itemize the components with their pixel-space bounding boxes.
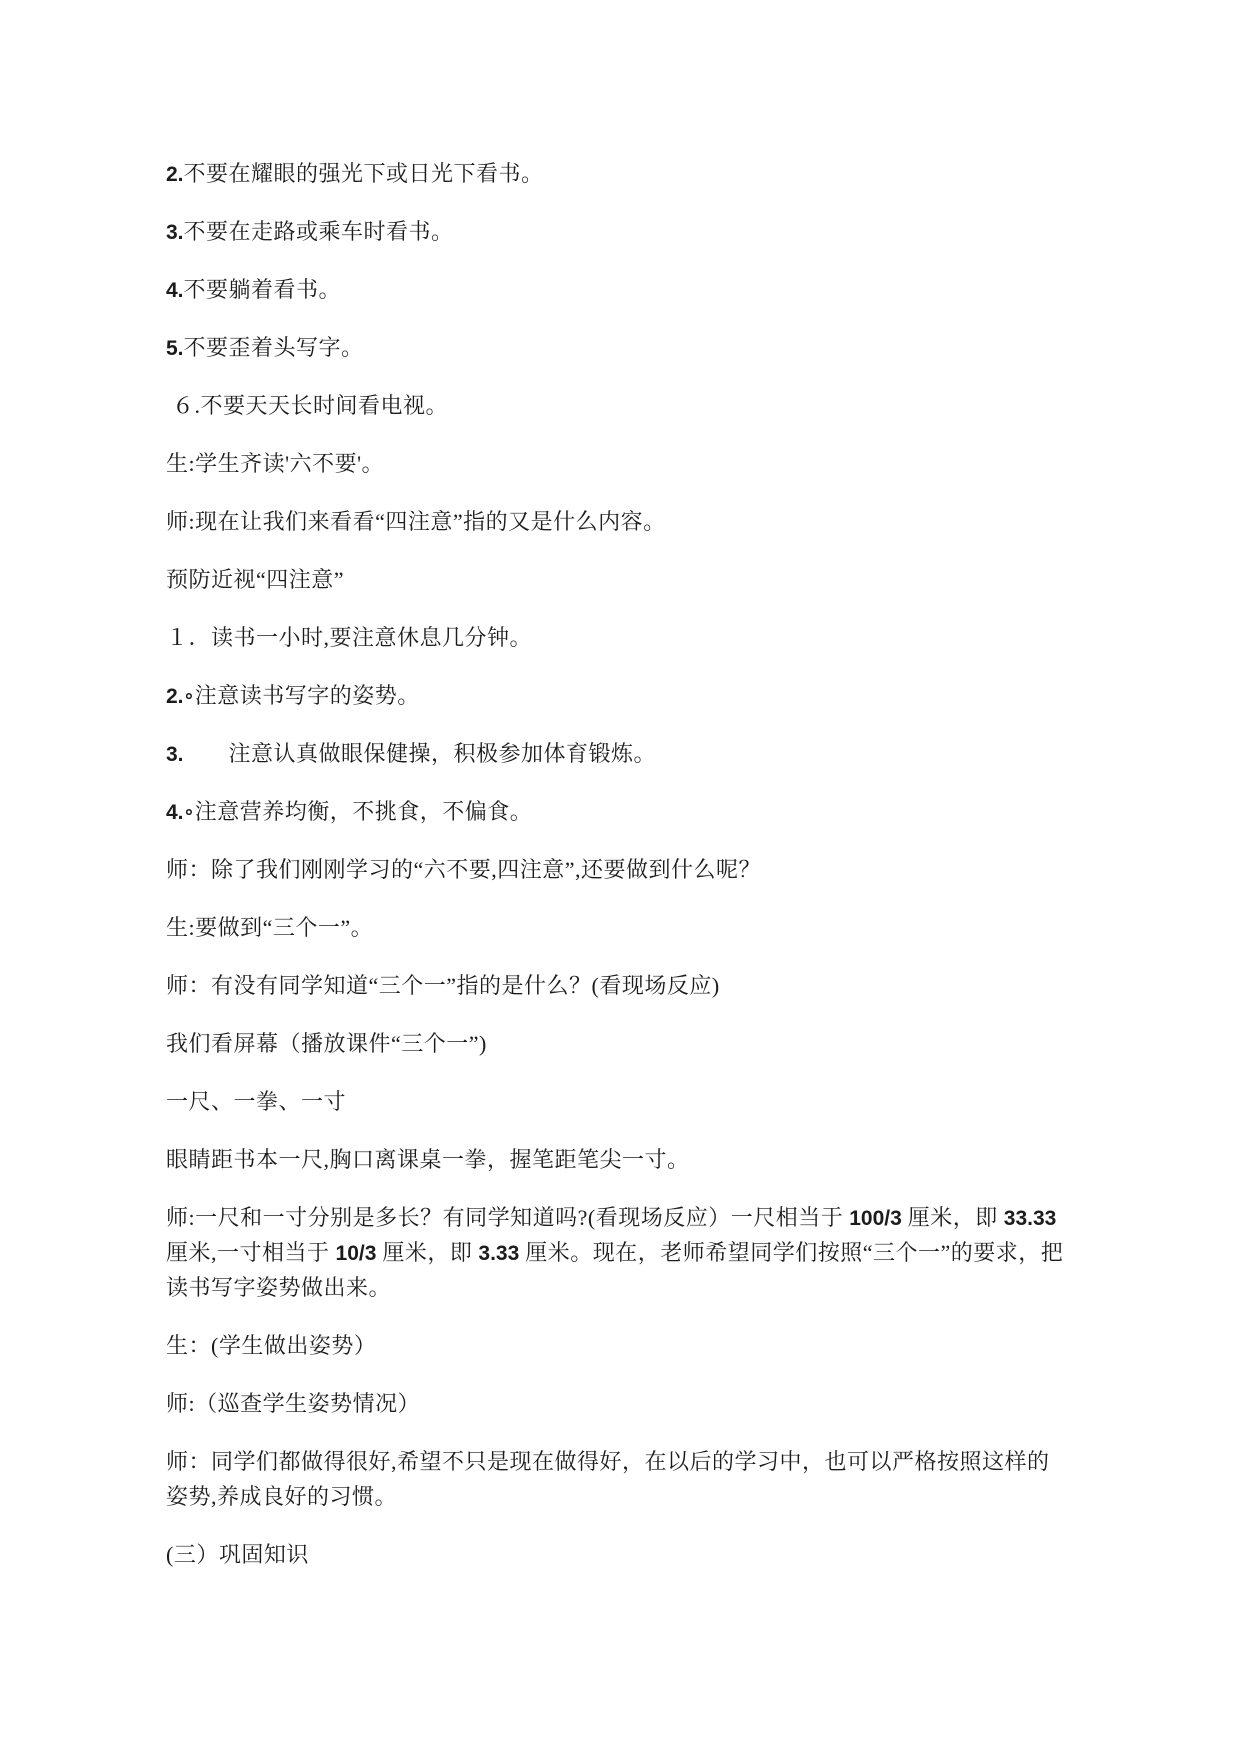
text-line: 师：有没有同学知道“三个一”指的是什么？(看现场反应) — [166, 968, 1096, 1003]
number-run: 33.33 — [1004, 1207, 1057, 1230]
number-run: 10/3 — [336, 1242, 377, 1265]
text-run: 姿势,养成良好的习惯。 — [166, 1484, 397, 1509]
text-run: 师:（巡查学生姿势情况） — [166, 1391, 420, 1416]
text-line: 师:（巡查学生姿势情况） — [166, 1386, 1096, 1421]
text-run: 师：有没有同学知道“三个一”指的是什么？(看现场反应) — [166, 973, 720, 998]
number-run: 3.33 — [478, 1242, 519, 1265]
text-line: 生：(学生做出姿势） — [166, 1328, 1096, 1363]
text-run: 生:学生齐读'六不要'。 — [166, 451, 384, 476]
paragraph: 4.∘注意营养均衡，不挑食，不偏食。 — [166, 794, 1096, 829]
text-run: 师：同学们都做得很好,希望不只是现在做得好，在以后的学习中，也可以严格按照这样的 — [166, 1449, 1050, 1474]
paragraph: 5.不要歪着头写字。 — [166, 330, 1096, 365]
text-run: 师:现在让我们来看看“四注意”指的又是什么内容。 — [166, 509, 666, 534]
paragraph: 生:要做到“三个一”。 — [166, 910, 1096, 945]
text-line: 4.不要躺着看书。 — [166, 272, 1096, 307]
number-run: 4. — [166, 801, 184, 824]
text-run: 师：除了我们刚刚学习的“六不要,四注意”,还要做到什么呢？ — [166, 857, 761, 882]
paragraph: 2.∘注意读书写字的姿势。 — [166, 678, 1096, 713]
text-run: 厘米，即 — [376, 1240, 478, 1265]
paragraph: 师：除了我们刚刚学习的“六不要,四注意”,还要做到什么呢？ — [166, 852, 1096, 887]
text-run: 我们看屏幕（播放课件“三个一”) — [166, 1031, 487, 1056]
paragraph: 师：同学们都做得很好,希望不只是现在做得好，在以后的学习中，也可以严格按照这样的… — [166, 1444, 1096, 1514]
number-run: 3. — [166, 221, 184, 244]
text-line: 生:学生齐读'六不要'。 — [166, 446, 1096, 481]
paragraph: 生：(学生做出姿势） — [166, 1328, 1096, 1363]
text-line: 3. 注意认真做眼保健操，积极参加体育锻炼。 — [166, 736, 1096, 771]
paragraph: 3. 注意认真做眼保健操，积极参加体育锻炼。 — [166, 736, 1096, 771]
text-run: 不要躺着看书。 — [184, 277, 342, 302]
text-run: (三）巩固知识 — [166, 1542, 309, 1567]
text-line: 2.不要在耀眼的强光下或日光下看书。 — [166, 156, 1096, 191]
text-line: １．读书一小时,要注意休息几分钟。 — [166, 620, 1096, 655]
paragraph: 师：有没有同学知道“三个一”指的是什么？(看现场反应) — [166, 968, 1096, 1003]
paragraph: 师:（巡查学生姿势情况） — [166, 1386, 1096, 1421]
paragraph: 一尺、一拳、一寸 — [166, 1084, 1096, 1119]
paragraph: (三）巩固知识 — [166, 1537, 1096, 1572]
text-run: 不要在走路或乘车时看书。 — [184, 219, 454, 244]
text-line: 师:一尺和一寸分别是多长？有同学知道吗?(看现场反应）一尺相当于 100/3 厘… — [166, 1200, 1096, 1235]
paragraph: 我们看屏幕（播放课件“三个一”) — [166, 1026, 1096, 1061]
number-run: 4. — [166, 279, 184, 302]
text-run: ∘注意读书写字的姿势。 — [184, 683, 420, 708]
text-run: 师:一尺和一寸分别是多长？有同学知道吗?(看现场反应）一尺相当于 — [166, 1205, 849, 1230]
paragraph: １．读书一小时,要注意休息几分钟。 — [166, 620, 1096, 655]
text-line: 3.不要在走路或乘车时看书。 — [166, 214, 1096, 249]
text-run: 不要歪着头写字。 — [184, 335, 364, 360]
text-line: 4.∘注意营养均衡，不挑食，不偏食。 — [166, 794, 1096, 829]
document-page: 2.不要在耀眼的强光下或日光下看书。3.不要在走路或乘车时看书。4.不要躺着看书… — [0, 0, 1241, 1754]
text-line: 预防近视“四注意” — [166, 562, 1096, 597]
text-run: 注意认真做眼保健操，积极参加体育锻炼。 — [184, 741, 657, 766]
text-line: 我们看屏幕（播放课件“三个一”) — [166, 1026, 1096, 1061]
paragraph: 2.不要在耀眼的强光下或日光下看书。 — [166, 156, 1096, 191]
number-run: 100/3 — [849, 1207, 902, 1230]
text-line: 姿势,养成良好的习惯。 — [166, 1479, 1096, 1514]
text-line: 一尺、一拳、一寸 — [166, 1084, 1096, 1119]
text-run: 厘米,一寸相当于 — [166, 1240, 336, 1265]
text-line: (三）巩固知识 — [166, 1537, 1096, 1572]
text-run: 一尺、一拳、一寸 — [166, 1089, 346, 1114]
paragraph: 3.不要在走路或乘车时看书。 — [166, 214, 1096, 249]
document-body: 2.不要在耀眼的强光下或日光下看书。3.不要在走路或乘车时看书。4.不要躺着看书… — [166, 156, 1096, 1595]
number-run: 2. — [166, 163, 184, 186]
paragraph: 4.不要躺着看书。 — [166, 272, 1096, 307]
text-run: 厘米，即 — [902, 1205, 1004, 1230]
paragraph: 眼睛距书本一尺,胸口离课桌一拳，握笔距笔尖一寸。 — [166, 1142, 1096, 1177]
number-run: 5. — [166, 337, 184, 360]
text-run: 生：(学生做出姿势） — [166, 1333, 376, 1358]
text-run: 预防近视“四注意” — [166, 567, 344, 592]
text-run: 不要在耀眼的强光下或日光下看书。 — [184, 161, 544, 186]
text-run: 厘米。现在，老师希望同学们按照“三个一”的要求，把 — [519, 1240, 1063, 1265]
number-run: 2. — [166, 685, 184, 708]
text-line: 眼睛距书本一尺,胸口离课桌一拳，握笔距笔尖一寸。 — [166, 1142, 1096, 1177]
text-line: 师：同学们都做得很好,希望不只是现在做得好，在以后的学习中，也可以严格按照这样的 — [166, 1444, 1096, 1479]
text-run: ∘注意营养均衡，不挑食，不偏食。 — [184, 799, 533, 824]
paragraph: 师:现在让我们来看看“四注意”指的又是什么内容。 — [166, 504, 1096, 539]
text-line: 厘米,一寸相当于 10/3 厘米，即 3.33 厘米。现在，老师希望同学们按照“… — [166, 1235, 1096, 1270]
number-run: 3. — [166, 743, 184, 766]
text-line: 生:要做到“三个一”。 — [166, 910, 1096, 945]
text-run: 生:要做到“三个一”。 — [166, 915, 373, 940]
text-run: 眼睛距书本一尺,胸口离课桌一拳，握笔距笔尖一寸。 — [166, 1147, 690, 1172]
paragraph: 预防近视“四注意” — [166, 562, 1096, 597]
text-run: ６.不要天天长时间看电视。 — [166, 393, 448, 418]
text-run: 读书写字姿势做出来。 — [166, 1275, 391, 1300]
paragraph: 师:一尺和一寸分别是多长？有同学知道吗?(看现场反应）一尺相当于 100/3 厘… — [166, 1200, 1096, 1305]
text-run: １．读书一小时,要注意休息几分钟。 — [166, 625, 532, 650]
paragraph: ６.不要天天长时间看电视。 — [166, 388, 1096, 423]
paragraph: 生:学生齐读'六不要'。 — [166, 446, 1096, 481]
text-line: 5.不要歪着头写字。 — [166, 330, 1096, 365]
text-line: 师：除了我们刚刚学习的“六不要,四注意”,还要做到什么呢？ — [166, 852, 1096, 887]
text-line: 读书写字姿势做出来。 — [166, 1270, 1096, 1305]
text-line: ６.不要天天长时间看电视。 — [166, 388, 1096, 423]
text-line: 师:现在让我们来看看“四注意”指的又是什么内容。 — [166, 504, 1096, 539]
text-line: 2.∘注意读书写字的姿势。 — [166, 678, 1096, 713]
